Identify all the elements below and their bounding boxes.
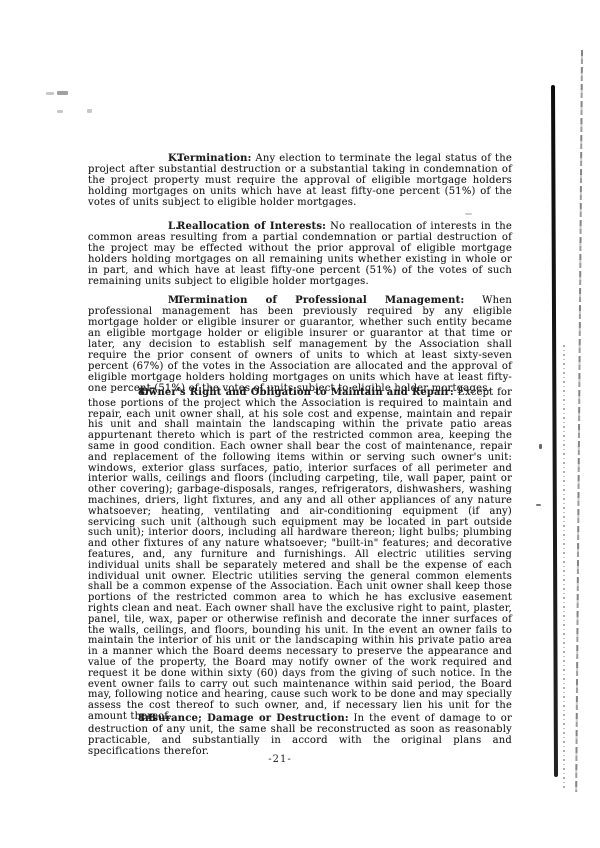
scan-speck [465, 213, 472, 215]
section-body: When professional management has been pr… [88, 295, 512, 394]
scan-dashed-line [575, 50, 582, 792]
paragraph-m: M.Termination of Professional Management… [88, 295, 512, 394]
scan-smudge [57, 91, 68, 95]
page-number: -21- [0, 754, 560, 765]
scan-speck [539, 444, 542, 449]
section-heading: Insurance; Damage or Destruction: [140, 713, 349, 724]
section-label: M. [128, 295, 177, 306]
paragraph-k: K.Termination: Any election to terminate… [88, 153, 512, 208]
scan-smudge [87, 109, 92, 113]
section-8-8: 8.8Insurance; Damage or Destruction: In … [88, 713, 512, 757]
section-body: Except for those portions of the project… [88, 387, 512, 722]
section-heading: Termination: [177, 153, 252, 164]
scan-dotted-line [563, 345, 565, 790]
scan-black-bar [551, 85, 558, 777]
scan-speck [536, 504, 541, 506]
section-heading: Owner's Right and Obligation to Maintain… [140, 387, 454, 398]
section-label: L. [128, 221, 177, 232]
scan-smudge [57, 110, 63, 113]
paragraph-l: L.Reallocation of Interests: No realloca… [88, 221, 512, 287]
scan-smudge [46, 92, 54, 95]
document-page: K.Termination: Any election to terminate… [0, 0, 600, 848]
section-heading: Reallocation of Interests: [177, 221, 326, 232]
section-8-7: 8.7Owner's Right and Obligation to Maint… [88, 388, 512, 723]
section-heading: Termination of Professional Management: [177, 295, 464, 306]
section-label: K. [128, 153, 177, 164]
section-label: 8.8 [113, 713, 140, 724]
